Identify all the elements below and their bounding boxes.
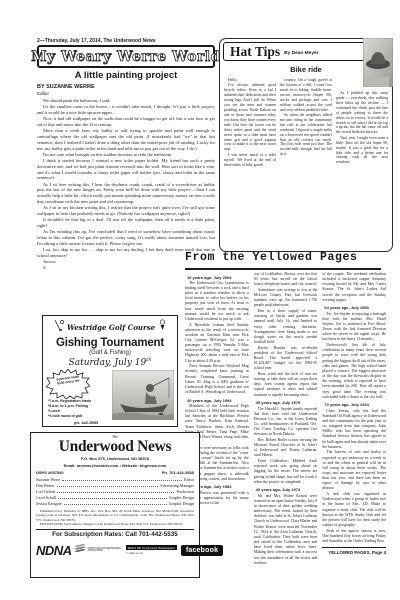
hat-tips-paragraph: country. On a rough gravel at the bottom…	[280, 78, 332, 112]
golf-event-date-main: Saturday, July 19	[69, 358, 147, 368]
yellowed-pages-item: 20 years ago, July 1994	[185, 398, 249, 403]
like-us-text: Like us on	[129, 551, 143, 555]
masthead-address: P.O. Box 575, Underwood, ND 58576	[36, 456, 194, 461]
golf-ad-header: Westridge Golf Course	[46, 318, 174, 336]
ndna-caption: NORTH DAKOTA NEWSPAPER ASSOCIATION	[88, 548, 122, 553]
yellowed-pages-item: Navy Seaman Recruit Wayland Mag recently…	[185, 364, 249, 395]
fisherman-clipart	[112, 370, 174, 420]
golf-bullet: *9-hole round of golf	[48, 414, 91, 419]
golf-ad-lower: 3-person team $100 entry fee *7 a.m. Reg…	[46, 369, 174, 425]
yellowed-pages-item: Rev. Robert Butler is now serving the Mi…	[254, 438, 318, 459]
yellowed-pages-item: city of Coleharbor. Brown, over the firs…	[254, 272, 318, 287]
yellowed-pages-item: of the couple. The weekend celebration i…	[322, 272, 386, 303]
ndna-letters: NDNA	[36, 543, 72, 558]
golf-course-name: Westridge Golf Course	[67, 323, 155, 332]
yellowed-pages-item: Mr. and Mrs. Walter Krause were honored …	[254, 494, 318, 566]
golf-tournament-ad: Westridge Golf Course Gishing Tournament…	[42, 315, 178, 427]
staff-role: Graphic Design	[169, 501, 194, 507]
facebook-logo: facebook	[181, 545, 223, 556]
yellowed-pages-item: A Riverdale woman died Sunday afternoon …	[185, 323, 249, 364]
werre-paragraph: As I sit in my kitchen writing this, I r…	[37, 205, 215, 217]
yellowed-pages-item: From Coleharbor: Mildred Auck reported w…	[254, 459, 318, 485]
werre-paragraph: It shouldn't be that big of a deal. I'll…	[37, 217, 215, 229]
legal-paragraph: Published every Thursday by BHG, Inc., P…	[36, 509, 194, 522]
hat-tips-title: Hat Tips	[230, 44, 280, 60]
yellowed-pages-item: 35 years ago, July 1979	[254, 400, 318, 405]
yellowed-pages-columns: 10 years ago, July 2004The Underwood Cit…	[185, 272, 386, 590]
yellowed-pages-item: Underwood's first 4th of July celebratio…	[322, 343, 386, 400]
werre-paragraph: It's the smallest room in the house – it…	[37, 104, 215, 116]
hat-tips-title-banner: Hat Tips By Dean Meyer	[223, 42, 366, 61]
werre-paragraph: I think it started because I wanted a ne…	[37, 158, 215, 181]
werre-paragraph: As I'm winding this up, I've concluded t…	[37, 229, 215, 246]
yellowed-pages-item: The harvest of oats and barley is expect…	[322, 450, 386, 491]
dotted-leader	[64, 504, 167, 505]
golf-ad-phone: ph: 442-5555	[74, 420, 98, 425]
werre-byline-role: Editor	[37, 91, 215, 96]
golf-event-title: Gishing Tournament	[46, 337, 174, 349]
pointer-hand-icon: ☞	[126, 551, 129, 555]
staff-row: Jessica EastgateGraphic Design	[36, 501, 194, 507]
hat-tips-column-1: Hello,I've always admired good bicycle r…	[224, 78, 276, 244]
bhg-community-newspapers-bar: BHG's ND Community Newspapers	[126, 545, 177, 550]
ndna-logo: NDNA NORTH DAKOTA NEWSPAPER ASSOCIATION	[36, 541, 122, 559]
hat-tips-paragraph: As I pedaled up this steep grade — every…	[336, 91, 388, 135]
stacked-newspapers-icon	[73, 541, 87, 559]
yellowed-pages-item: A new club was organized in Underwood wh…	[322, 492, 386, 528]
legal-paragraph: POSTMASTER: Send address changes to The …	[36, 522, 194, 526]
yellowed-pages-column-2: city of Coleharbor. Brown, over the firs…	[254, 272, 318, 590]
hat-tips-article-box: Hat Tips By Dean Meyer Bike ride Hello,I…	[219, 38, 393, 252]
yellowed-pages-item: The Harold J. Snyder family reported tha…	[254, 407, 318, 438]
yellowed-pages-item: Attendance was average to low at the McL…	[254, 288, 318, 309]
werre-paragraph: We should paint the bathroom, I said.	[37, 98, 215, 104]
yellowed-pages-item: Chris Terran, who has had the Standard O…	[322, 409, 386, 450]
staff-name: Jessica Eastgate	[36, 501, 62, 507]
hat-tips-paragraph: So when the neighbors talked me into rid…	[280, 113, 332, 157]
masthead-logos-row: NDNA NORTH DAKOTA NEWSPAPER ASSOCIATION …	[36, 540, 194, 560]
golf-event-subtitle: (Golf & Fishing)	[46, 350, 174, 356]
golf-event-date-suffix: th	[146, 357, 151, 363]
yellowed-pages-item: Pvt. Joe Snyder is enjoying a furlough h…	[322, 312, 386, 343]
dotted-leader	[58, 498, 167, 499]
masthead-newspaper-name: Underwood News	[36, 439, 194, 455]
golf-event-date: Saturday, July 19th	[46, 357, 174, 368]
masthead-usps-phone-row: USPS #657540 Ph. 701-442-5535	[36, 470, 194, 475]
newspaper-page: 2—Thursday, July 17, 2014, The Underwood…	[0, 0, 400, 600]
masthead-legal-text: Published every Thursday by BHG, Inc., P…	[36, 509, 194, 527]
hat-tips-column-2: country. On a rough gravel at the bottom…	[280, 78, 332, 244]
yellowed-pages-item: Due to a short supply of water, watering…	[254, 309, 318, 345]
werre-paragraph: More than a week later, my hubby is stil…	[37, 128, 215, 151]
werre-headline: A little painting project	[37, 70, 215, 81]
entry-fee-starburst: 3-person team $100 entry fee	[46, 369, 90, 399]
werre-paragraph: Now, it had old wallpaper on the walls t…	[37, 116, 215, 128]
golf-clubs-icon	[53, 318, 64, 336]
hat-tips-paragraph: Hello,	[224, 78, 276, 83]
bhg-like-block: BHG's ND Community Newspapers ☞ Like us …	[126, 545, 177, 555]
golf-ad-bullet-list: *7 a.m. Registration starts *8 a.m. to 1…	[48, 399, 91, 419]
masthead-box: The Underwood News P.O. Box 575, Underwo…	[30, 432, 200, 578]
yellowed-pages-item: 10 years ago, July 2004	[185, 275, 249, 280]
subscription-rates-line: For Subscription Rates: Call 701-442-553…	[36, 529, 194, 539]
golf-tee-icon	[158, 318, 167, 336]
yellowed-pages-item: Heat, wind and the lack of rain are star…	[254, 372, 318, 398]
golf-bullet: *7 a.m. Registration starts	[48, 399, 91, 404]
hat-tips-paragraph: I've always admired good bicycle riders.…	[224, 83, 276, 152]
dotted-leader	[62, 480, 182, 481]
hat-tips-column-3: As I pedaled up this steep grade — every…	[336, 78, 388, 244]
werre-column-title: My Weary Werre World	[31, 49, 221, 65]
yellowed-pages-item: 64 years ago, July 1950	[322, 305, 386, 310]
hat-tips-text-columns: Hello,I've always admired good bicycle r…	[224, 78, 388, 244]
golf-bullet: *8 a.m. to 1 p.m. Fishing	[48, 404, 91, 409]
masthead-phone: Ph. 701-442-5535	[162, 470, 194, 475]
hand-holding-cowboy-hat-photo	[363, 38, 393, 87]
yellowed-pages-item: The Underwood City Commission is finding…	[185, 281, 249, 322]
hat-tips-paragraph: I was never much of a rider myself. We l…	[224, 153, 276, 168]
yellowed-pages-item: Darley Hansler was re-elected president …	[254, 346, 318, 372]
yellowed-pages-item: 40 years ago, July 1974	[254, 487, 318, 492]
hat-tips-paragraph: Next year I might even train a little. D…	[336, 136, 388, 166]
masthead-usps: USPS #657540	[36, 470, 64, 475]
werre-column-title-box: My Weary Werre World	[37, 45, 215, 68]
yellowed-pages-item: 70 years ago, July 1944	[322, 402, 386, 407]
masthead-staff-list: Suzanne WerreEditor Dan WinterAdvertisin…	[36, 477, 194, 507]
werre-paragraph: As I sit here writing this, I hear the r…	[37, 182, 215, 205]
like-us-on-label: ☞ Like us on	[126, 551, 143, 555]
yellowed-pages-item: YELLOWED PAGES, Page 4	[322, 547, 386, 555]
masthead-contact: Email: unnews@westriv.com • Website: bhg…	[36, 463, 194, 468]
werre-paragraph: I'm not sure what brought on this sudden…	[37, 152, 215, 158]
werre-byline: BY SUZANNE WERRE	[37, 84, 215, 90]
yellowed-pages-item: Peak of the apricot season is now. One h…	[322, 529, 386, 544]
hat-tips-byline: By Dean Meyer	[284, 47, 318, 56]
yellowed-pages-banner: From the Yellowed Pages	[185, 251, 381, 270]
page-folio-header: 2—Thursday, July 17, 2014, The Underwood…	[37, 38, 237, 44]
yellowed-pages-column-3: of the couple. The weekend celebration i…	[322, 272, 386, 590]
dotted-leader	[57, 492, 174, 493]
dotted-leader	[57, 486, 158, 487]
